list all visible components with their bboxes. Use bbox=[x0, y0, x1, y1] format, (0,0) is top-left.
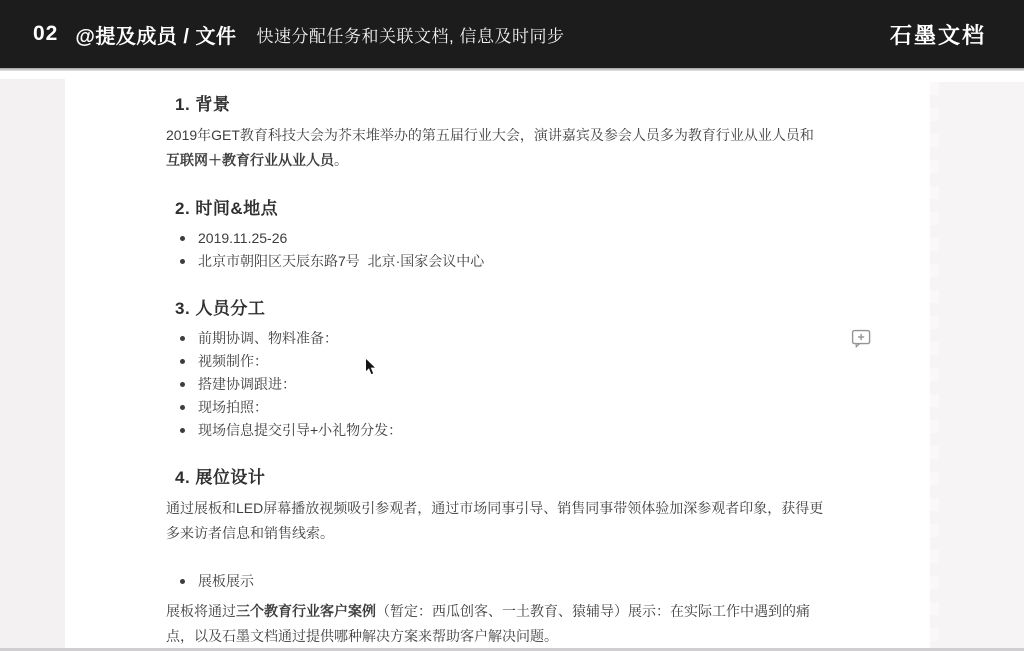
text-run: 通过展板和LED屏幕播放视频吸引参观者，通过市场同事引导、销售同事带领体验加深参… bbox=[166, 500, 823, 541]
slide-number: 02 bbox=[33, 22, 58, 46]
section-heading: 2. 时间&地点 bbox=[166, 197, 826, 221]
section-heading: 4. 展位设计 bbox=[166, 466, 826, 490]
slide-header: 02 @提及成员 / 文件 快速分配任务和关联文档, 信息及时同步 石墨文档 bbox=[0, 0, 1024, 68]
brand-logo: 石墨文档 bbox=[890, 19, 986, 50]
document-body[interactable]: 1. 背景2019年GET教育科技大会为芥末堆举办的第五届行业大会，演讲嘉宾及参… bbox=[166, 71, 826, 649]
arrow-cursor-glyph bbox=[364, 357, 378, 377]
doc-paragraph: 2019年GET教育科技大会为芥末堆举办的第五届行业大会，演讲嘉宾及参会人员多为… bbox=[166, 123, 826, 173]
comment-plus-glyph bbox=[851, 329, 872, 349]
text-run: 视频制作： bbox=[198, 353, 268, 369]
text-run: 现场拍照： bbox=[198, 399, 268, 415]
text-run: 2019年GET教育科技大会为芥末堆举办的第五届行业大会，演讲嘉宾及参会人员多为… bbox=[166, 127, 814, 143]
text-run: 三个教育行业客户案例 bbox=[236, 603, 376, 619]
bullet-list: 展板展示 bbox=[166, 570, 826, 593]
text-run: 北京市朝阳区天辰东路7号 北京·国家会议中心 bbox=[198, 253, 484, 269]
doc-section: 3. 人员分工前期协调、物料准备：视频制作：搭建协调跟进：现场拍照：现场信息提交… bbox=[166, 297, 826, 442]
bullet-item: 现场信息提交引导+小礼物分发： bbox=[166, 419, 826, 442]
bullet-list: 前期协调、物料准备：视频制作：搭建协调跟进：现场拍照：现场信息提交引导+小礼物分… bbox=[166, 327, 826, 442]
doc-section: 2. 时间&地点2019.11.25-26北京市朝阳区天辰东路7号 北京·国家会… bbox=[166, 197, 826, 273]
text-run: 互联网＋教育行业从业人员 bbox=[166, 152, 334, 168]
bullet-list: 2019.11.25-26北京市朝阳区天辰东路7号 北京·国家会议中心 bbox=[166, 227, 826, 273]
bullet-item: 2019.11.25-26 bbox=[166, 227, 826, 250]
bullet-item: 现场拍照： bbox=[166, 396, 826, 419]
presentation-slide: 02 @提及成员 / 文件 快速分配任务和关联文档, 信息及时同步 石墨文档 1… bbox=[0, 0, 1024, 651]
text-run: 展板将通过 bbox=[166, 603, 236, 619]
doc-section: 4. 展位设计通过展板和LED屏幕播放视频吸引参观者，通过市场同事引导、销售同事… bbox=[166, 466, 826, 649]
bullet-item: 前期协调、物料准备： bbox=[166, 327, 826, 350]
text-run: 现场信息提交引导+小礼物分发： bbox=[198, 422, 402, 438]
section-heading: 3. 人员分工 bbox=[166, 297, 826, 321]
doc-paragraph: 展板将通过三个教育行业客户案例（暂定：西瓜创客、一土教育、猿辅导）展示：在实际工… bbox=[166, 599, 826, 649]
slide-title: @提及成员 / 文件 bbox=[75, 20, 236, 49]
bullet-item: 北京市朝阳区天辰东路7号 北京·国家会议中心 bbox=[166, 250, 826, 273]
left-gutter bbox=[0, 79, 65, 651]
text-run: 。 bbox=[334, 152, 348, 168]
bullet-item: 视频制作： bbox=[166, 350, 826, 373]
text-run: 2019.11.25-26 bbox=[198, 230, 287, 246]
mouse-cursor bbox=[364, 357, 378, 377]
bullet-item: 展板展示 bbox=[166, 570, 826, 593]
slide-subtitle: 快速分配任务和关联文档, 信息及时同步 bbox=[257, 22, 565, 47]
doc-section: 1. 背景2019年GET教育科技大会为芥末堆举办的第五届行业大会，演讲嘉宾及参… bbox=[166, 93, 826, 173]
section-heading: 1. 背景 bbox=[166, 93, 826, 117]
document-canvas: 1. 背景2019年GET教育科技大会为芥末堆举办的第五届行业大会，演讲嘉宾及参… bbox=[0, 71, 1024, 651]
right-side-panel bbox=[930, 82, 1024, 651]
add-comment-icon[interactable] bbox=[851, 329, 872, 349]
text-run: 前期协调、物料准备： bbox=[198, 330, 338, 346]
text-run: 展板展示 bbox=[198, 573, 254, 589]
bullet-item: 搭建协调跟进： bbox=[166, 373, 826, 396]
text-run: 搭建协调跟进： bbox=[198, 376, 296, 392]
doc-paragraph: 通过展板和LED屏幕播放视频吸引参观者，通过市场同事引导、销售同事带领体验加深参… bbox=[166, 496, 826, 546]
